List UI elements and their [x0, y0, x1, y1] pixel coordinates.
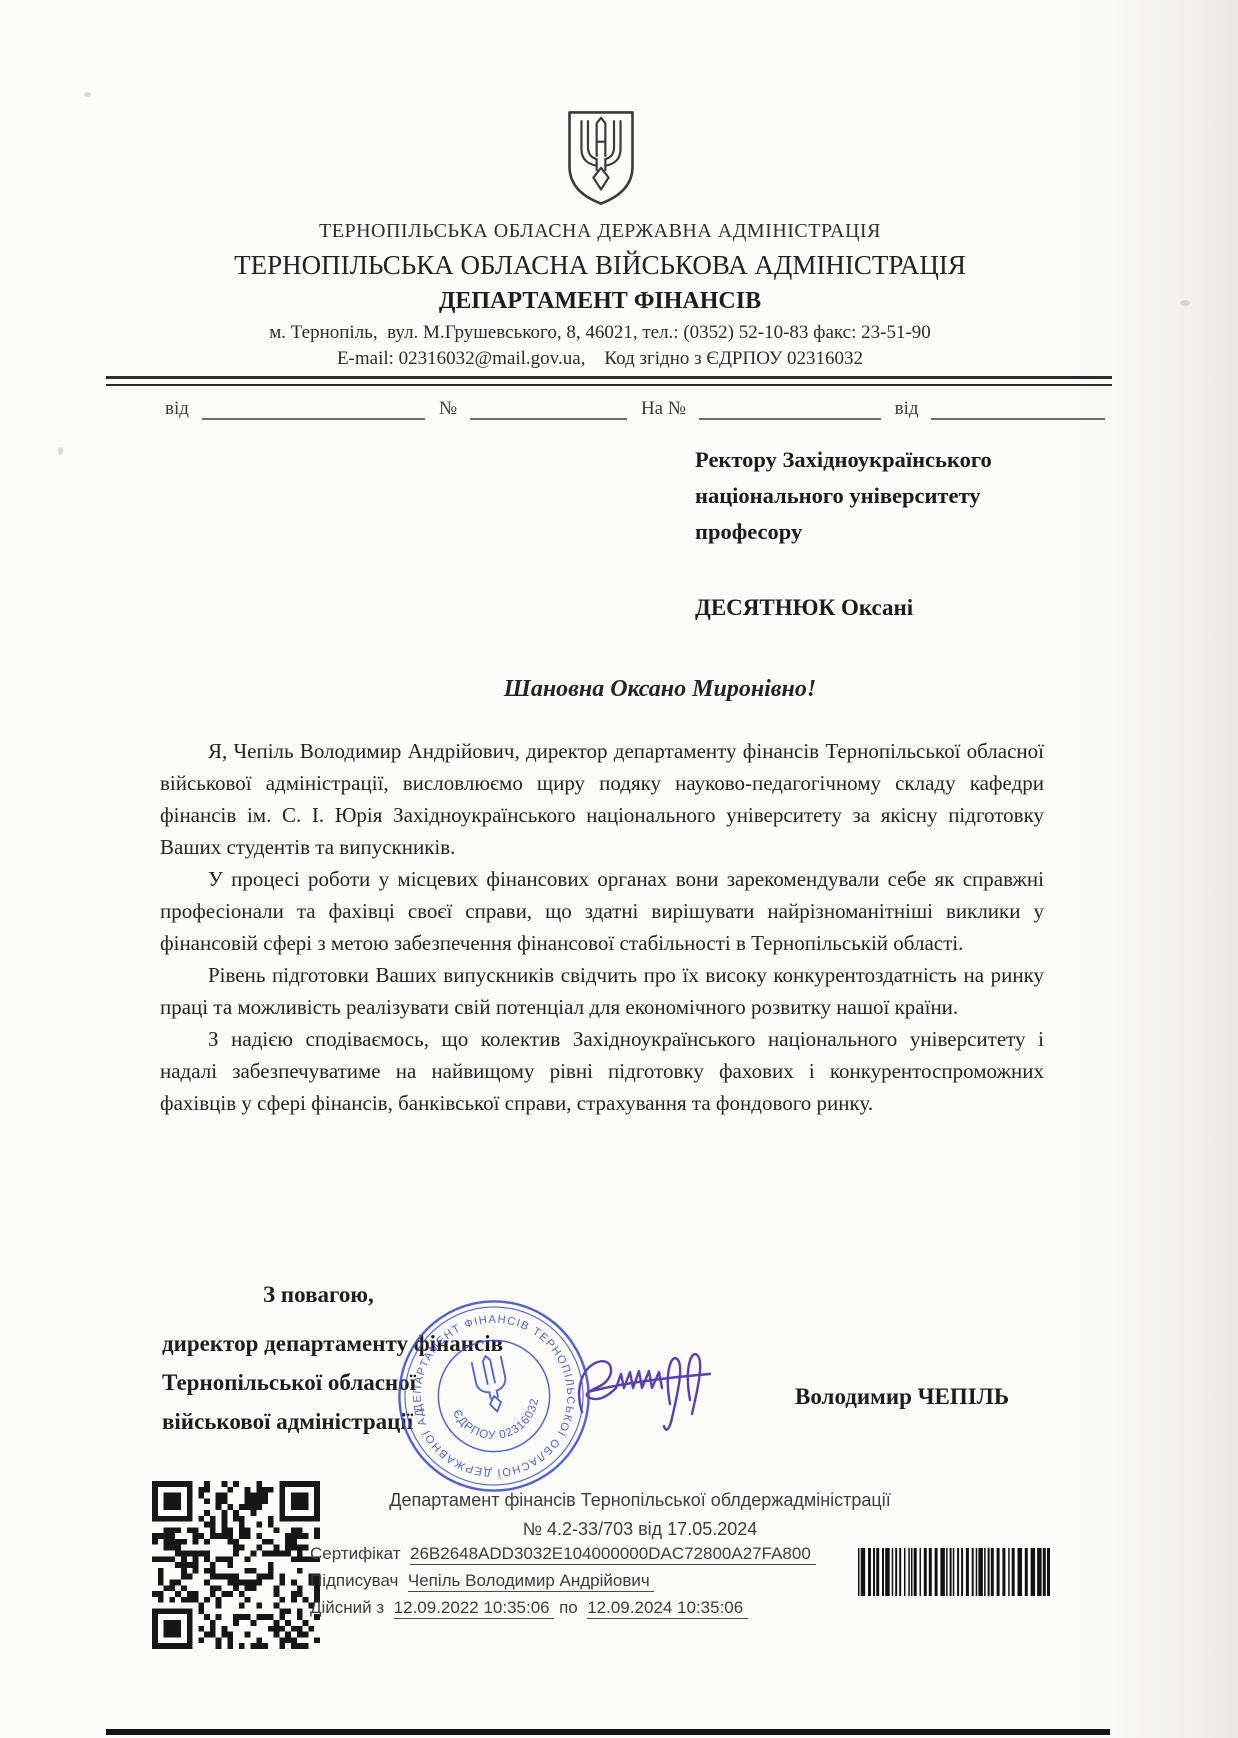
scan-artifact — [84, 92, 91, 97]
scan-artifact — [58, 447, 63, 455]
valid-separator: по — [559, 1598, 582, 1617]
signer-title-line-2: Тернопільської обласної — [162, 1363, 503, 1402]
signer-name: Володимир ЧЕПІЛЬ — [795, 1384, 1009, 1410]
qr-code — [152, 1481, 320, 1649]
signer-line: Підписувач Чепіль Володимир Андрійович — [310, 1567, 816, 1594]
trident-emblem — [563, 106, 639, 210]
valid-to: 12.09.2024 10:35:06 — [587, 1598, 748, 1619]
certificate-label: Сертифікат — [310, 1544, 405, 1563]
recipient-name: ДЕСЯТНЮК Оксані — [695, 590, 992, 626]
certificate-line: Сертифікат 26B2648ADD3032E104000000DAC72… — [310, 1540, 816, 1567]
valid-from: 12.09.2022 10:35:06 — [394, 1598, 555, 1619]
signer-value: Чепіль Володимир Андрійович — [408, 1571, 655, 1592]
paragraph-3: Рівень підготовки Ваших випускників свід… — [160, 959, 1044, 1023]
address-line: м. Тернопіль, вул. М.Грушевського, 8, 46… — [60, 322, 1140, 344]
esign-doc-block: Департамент фінансів Тернопільської облд… — [300, 1486, 980, 1544]
paragraph-4: З надією сподіваємось, що колектив Захід… — [160, 1023, 1044, 1119]
org-name-state-admin: ТЕРНОПІЛЬСЬКА ОБЛАСНА ДЕРЖАВНА АДМІНІСТР… — [60, 220, 1140, 243]
esign-org-line: Департамент фінансів Тернопільської облд… — [300, 1486, 980, 1515]
signer-title-line-1: директор департаменту фінансів — [162, 1324, 503, 1363]
paragraph-2: У процесі роботи у місцевих фінансових о… — [160, 863, 1044, 959]
barcode — [858, 1548, 1052, 1596]
letter-page: ТЕРНОПІЛЬСЬКА ОБЛАСНА ДЕРЖАВНА АДМІНІСТР… — [0, 0, 1238, 1738]
signer-title-block: директор департаменту фінансів Тернопіль… — [162, 1324, 503, 1441]
validity-line: Дійсний з 12.09.2022 10:35:06 по 12.09.2… — [310, 1594, 816, 1621]
ref-blank-on-number — [699, 396, 881, 420]
email-edrpou-line: E-mail: 02316032@mail.gov.ua, Код згідно… — [60, 348, 1140, 370]
ref-blank-date-1 — [202, 396, 425, 420]
certificate-block: Сертифікат 26B2648ADD3032E104000000DAC72… — [310, 1540, 816, 1621]
org-name-military-admin: ТЕРНОПІЛЬСЬКА ОБЛАСНА ВІЙСЬКОВА АДМІНІСТ… — [60, 250, 1140, 281]
signer-title-line-3: військової адміністрації — [162, 1402, 503, 1441]
closing-regards: З повагою, — [263, 1282, 374, 1308]
ref-blank-number — [470, 396, 627, 420]
recipient-line-3: професору — [695, 514, 992, 550]
ref-blank-date-2 — [931, 396, 1105, 420]
reference-row: від № На № від — [165, 396, 1105, 420]
valid-label: Дійсний з — [310, 1598, 389, 1617]
certificate-value: 26B2648ADD3032E104000000DAC72800A27FA800 — [410, 1544, 816, 1565]
signer-label: Підписувач — [310, 1571, 403, 1590]
recipient-line-1: Ректору Західноукраїнського — [695, 442, 992, 478]
header-divider — [106, 376, 1112, 386]
letter-body: Я, Чепіль Володимир Андрійович, директор… — [160, 735, 1044, 1119]
salutation: Шановна Оксано Миронівно! — [300, 676, 1020, 703]
ref-label-on-number: На № — [641, 398, 691, 420]
ref-label-from-1: від — [165, 398, 194, 420]
department-name: ДЕПАРТАМЕНТ ФІНАНСІВ — [60, 288, 1140, 315]
scan-artifact — [1180, 300, 1190, 306]
recipient-line-2: національного університету — [695, 478, 992, 514]
recipient-block: Ректору Західноукраїнського національног… — [695, 442, 992, 626]
ref-label-number: № — [439, 398, 462, 420]
ref-label-from-2: від — [895, 398, 924, 420]
scan-bottom-edge — [106, 1729, 1110, 1735]
handwritten-signature — [566, 1328, 726, 1460]
paragraph-1: Я, Чепіль Володимир Андрійович, директор… — [160, 735, 1044, 863]
